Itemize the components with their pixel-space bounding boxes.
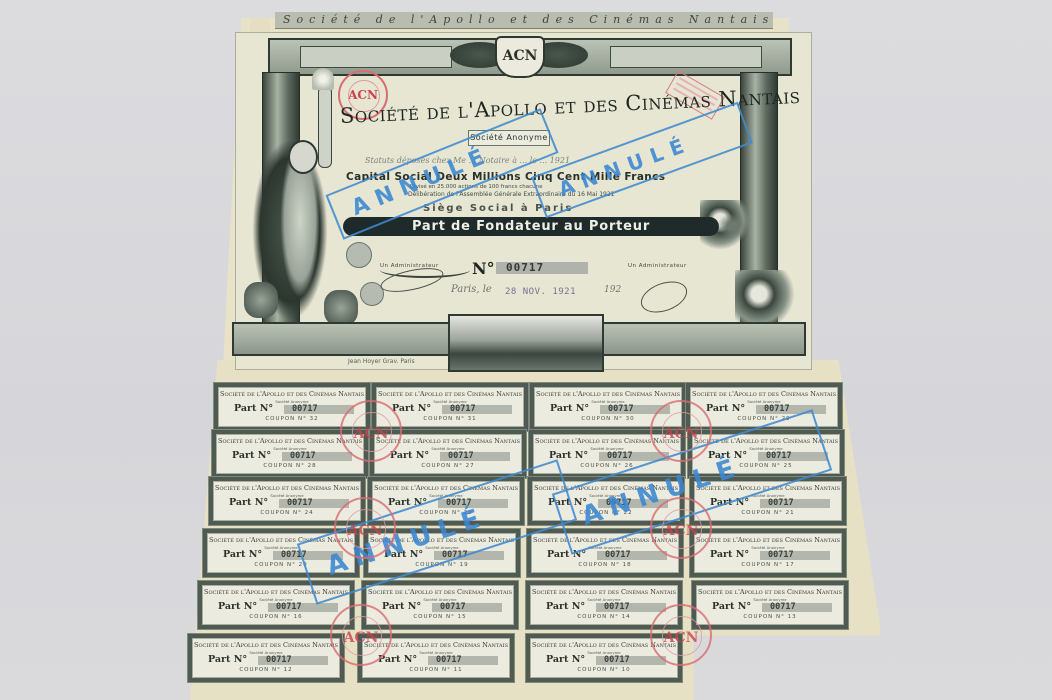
coupon-part-number: 00717 xyxy=(597,551,667,560)
coupon-part-number: 00717 xyxy=(432,603,502,612)
coupon-part-label: Part N° xyxy=(390,450,429,461)
coupon-title: Société de l'Apollo et des Cinémas Nanta… xyxy=(534,390,682,398)
coupon-title: Société de l'Apollo et des Cinémas Nanta… xyxy=(696,588,844,596)
coupon-part-number: 00717 xyxy=(760,551,830,560)
coupon-part-label: Part N° xyxy=(382,601,421,612)
coupon-title: Société de l'Apollo et des Cinémas Nanta… xyxy=(376,390,524,398)
coupon-part-number: 00717 xyxy=(282,452,352,461)
coupon-number: COUPON N° 21 xyxy=(694,510,842,516)
coupon-number: COUPON N° 27 xyxy=(374,463,522,469)
red-seal-stamp: ACN xyxy=(330,604,392,666)
coupon-part-label: Part N° xyxy=(706,403,745,414)
coupon-number: COUPON N° 15 xyxy=(366,614,514,620)
coupon-title: Société de l'Apollo et des Cinémas Nanta… xyxy=(192,641,340,649)
coupon-part-label: Part N° xyxy=(229,497,268,508)
coupon-number: COUPON N° 10 xyxy=(530,667,678,673)
coupon-number: COUPON N° 12 xyxy=(192,667,340,673)
coupon-part-number: 00717 xyxy=(258,656,328,665)
coupon-title: Société de l'Apollo et des Cinémas Nanta… xyxy=(218,390,366,398)
coupon-part-label: Part N° xyxy=(550,403,589,414)
coupon-part-number: 00717 xyxy=(442,405,512,414)
coupon-part-label: Part N° xyxy=(710,549,749,560)
coupon-part-number: 00717 xyxy=(268,603,338,612)
coupon-part-label: Part N° xyxy=(232,450,271,461)
coupon-part-number: 00717 xyxy=(762,603,832,612)
red-seal-stamp: ACN xyxy=(340,400,402,462)
coupon-part-label: Part N° xyxy=(546,601,585,612)
coupon-number: COUPON N° 28 xyxy=(216,463,364,469)
coupon-part-number: 00717 xyxy=(279,499,349,508)
coupon: Société de l'Apollo et des Cinémas Nanta… xyxy=(690,529,846,577)
coupon-part-label: Part N° xyxy=(208,654,247,665)
coupon-number: COUPON N° 17 xyxy=(694,562,842,568)
red-seal-stamp: ACN xyxy=(650,604,712,666)
coupon-part-number: 00717 xyxy=(284,405,354,414)
coupon-part-number: 00717 xyxy=(428,656,498,665)
coupon-title: Société de l'Apollo et des Cinémas Nanta… xyxy=(694,536,842,544)
red-seal-stamp: ACN xyxy=(334,497,396,559)
red-seal-stamp: ACN xyxy=(650,497,712,559)
coupon-title: Société de l'Apollo et des Cinémas Nanta… xyxy=(690,390,838,398)
coupon-part-label: Part N° xyxy=(223,549,262,560)
coupon-number: COUPON N° 11 xyxy=(362,667,510,673)
coupon-part-label: Part N° xyxy=(218,601,257,612)
coupon-part-number: 00717 xyxy=(760,499,830,508)
coupon-part-label: Part N° xyxy=(392,403,431,414)
coupon-number: COUPON N° 18 xyxy=(531,562,679,568)
coupon-part-label: Part N° xyxy=(234,403,273,414)
coupon-title: Société de l'Apollo et des Cinémas Nanta… xyxy=(366,588,514,596)
coupon-title: Société de l'Apollo et des Cinémas Nanta… xyxy=(213,484,361,492)
coupon-part-number: 00717 xyxy=(596,656,666,665)
coupon-part-label: Part N° xyxy=(546,654,585,665)
coupon-title: Société de l'Apollo et des Cinémas Nanta… xyxy=(530,588,678,596)
coupon-part-number: 00717 xyxy=(756,405,826,414)
red-seal-stamp: ACN xyxy=(650,400,712,462)
coupon-part-number: 00717 xyxy=(596,603,666,612)
coupon-part-number: 00717 xyxy=(440,452,510,461)
coupon-number: COUPON N° 13 xyxy=(696,614,844,620)
coupon: Société de l'Apollo et des Cinémas Nanta… xyxy=(188,634,344,682)
coupon-number: COUPON N° 16 xyxy=(202,614,350,620)
coupon-sheet: Société de l'Apollo et des Cinémas Nanta… xyxy=(0,0,1052,700)
coupon: Société de l'Apollo et des Cinémas Nanta… xyxy=(692,581,848,629)
coupon-part-label: Part N° xyxy=(712,601,751,612)
